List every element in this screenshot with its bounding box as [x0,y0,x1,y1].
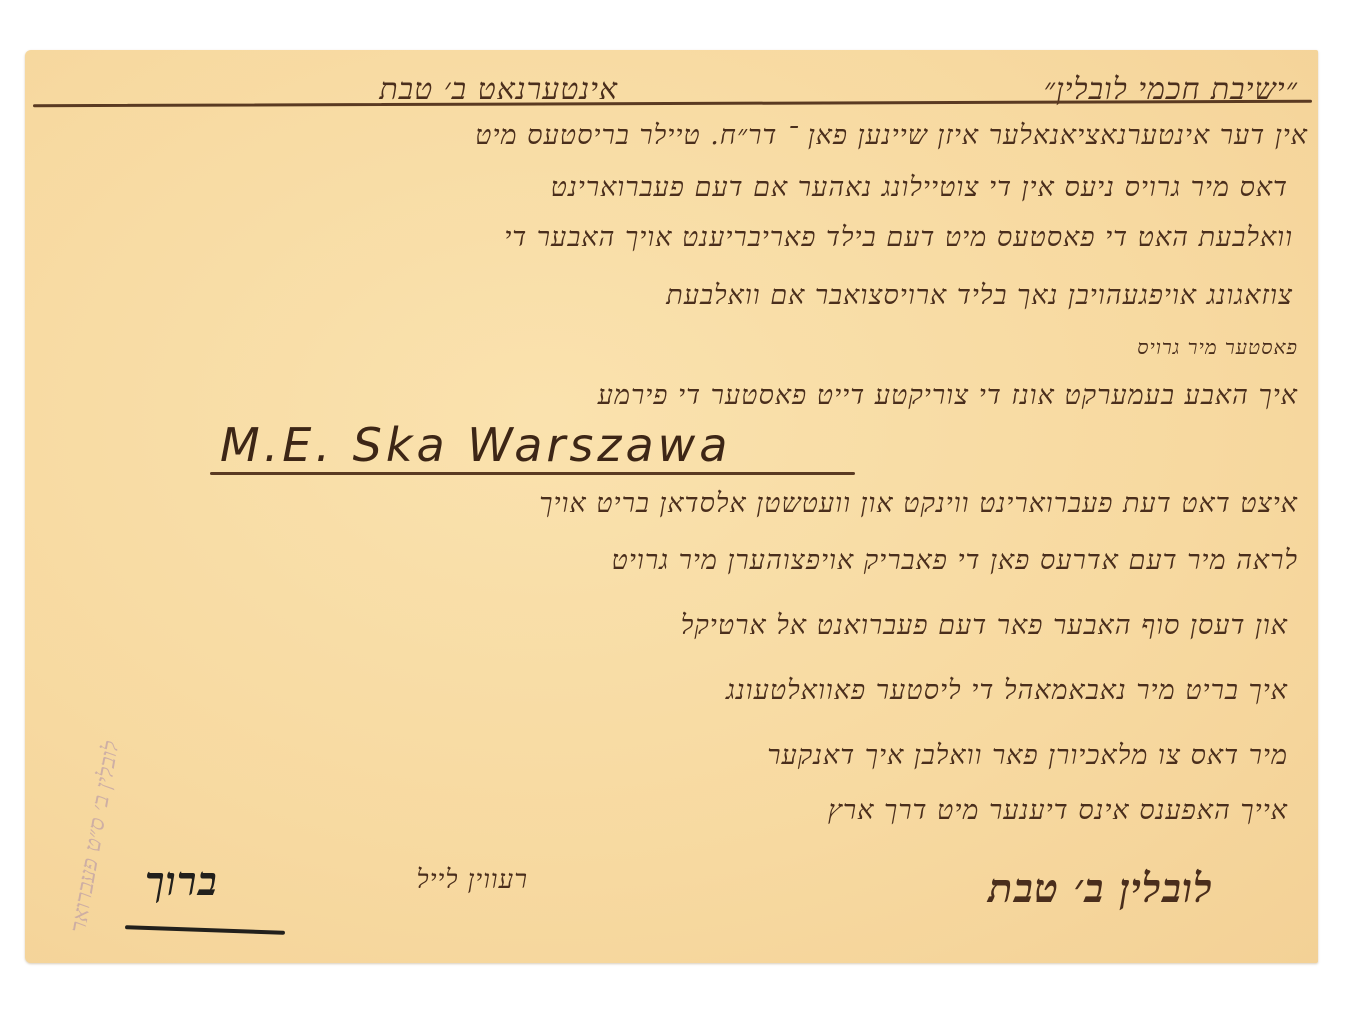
closing-regards: רעווין לייל [417,865,528,895]
signature: ברוך [145,858,218,905]
body-line-4: צוזאגונג אויפגעהויבן נאך בליד ארויסצואבר… [666,280,1293,311]
body2-line-3: און דעסן סוף האבער פאר דעם פעברואנט אל א… [681,610,1288,641]
body-line-3: וואלבעת האט די פאסטעס מיט דעם בילד פאריב… [504,222,1293,253]
postcard: ״ישיבת חכמי לובלין״ אינטערנאט ב׳ טבת אין… [25,50,1318,963]
body2-line-1: איצט דאט דעת פעברוארינט ווינקט און וועטש… [539,488,1298,519]
signature-flourish [125,925,285,935]
body-line-5: פאסטער מיר גרויס [1137,335,1298,360]
body2-line-5: מיר דאס צו מלאכיורן פאר וואלבן איך דאנקע… [767,740,1288,771]
address-line: M.E. Ska Warszawa [220,418,731,472]
margin-stamp: לובלין ב׳ ס״ט פעברואר [65,739,124,935]
body2-line-4: איך בריט מיר נאבאמאהל די ליסטער פאוואלטע… [726,675,1288,706]
body2-line-2: לראה מיר דעם אדרעס פאן די פאבריק אויפצוה… [612,545,1298,576]
closing-place-date: לובלין ב׳ טבת [988,865,1213,912]
address-underline [210,472,855,475]
body-line-2: דאס מיר גרויס ניעס אין די צוטיילונג נאהע… [551,172,1288,203]
body-line-6: איך האבע בעמערקט אונז די צוריקטע דייט פא… [598,380,1298,411]
body2-line-6: אייך האפענס אינס דיענער מיט דרך ארץ [828,795,1288,826]
body-line-1: אין דער אינטערנאציאנאלער איזן שיינען פאן… [475,120,1308,151]
